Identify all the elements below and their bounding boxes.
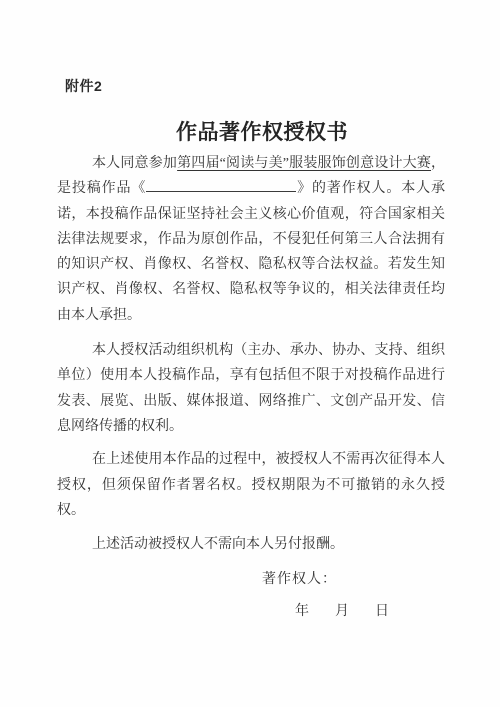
date-month-label: 月	[335, 600, 349, 620]
copyright-holder-signature-label: 著作权人：	[262, 568, 337, 588]
date-year-label: 年	[295, 600, 309, 620]
date-day-label: 日	[375, 600, 389, 620]
competition-name-underlined: 第四届“阅读与美”服装服饰创意设计大赛	[177, 156, 431, 171]
paragraph-consent-lead: 本人同意参加	[92, 156, 177, 171]
signature-date-line: 年月日	[295, 600, 389, 620]
work-title-blank-field[interactable]	[146, 177, 296, 192]
paragraph-consent-rest: 》的著作权人。本人承诺，本投稿作品保证坚持社会主义核心价值观，符合国家相关法律法…	[57, 181, 445, 322]
document-page: 附件2 作品著作权授权书 本人同意参加第四届“阅读与美”服装服饰创意设计大赛，是…	[0, 0, 500, 707]
document-body: 本人同意参加第四届“阅读与美”服装服饰创意设计大赛，是投稿作品《》的著作权人。本…	[57, 151, 445, 557]
document-title: 作品著作权授权书	[12, 116, 500, 146]
paragraph-no-remuneration: 上述活动被授权人不需向本人另付报酬。	[57, 532, 445, 557]
paragraph-usage-terms: 在上述使用本作品的过程中，被授权人不需再次征得本人授权，但须保留作者署名权。授权…	[57, 447, 445, 523]
paragraph-authorization: 本人授权活动组织机构（主办、承办、协办、支持、组织单位）使用本人投稿作品，享有包…	[57, 338, 445, 439]
paragraph-consent: 本人同意参加第四届“阅读与美”服装服饰创意设计大赛，是投稿作品《》的著作权人。本…	[57, 151, 445, 328]
attachment-label: 附件2	[65, 76, 102, 96]
